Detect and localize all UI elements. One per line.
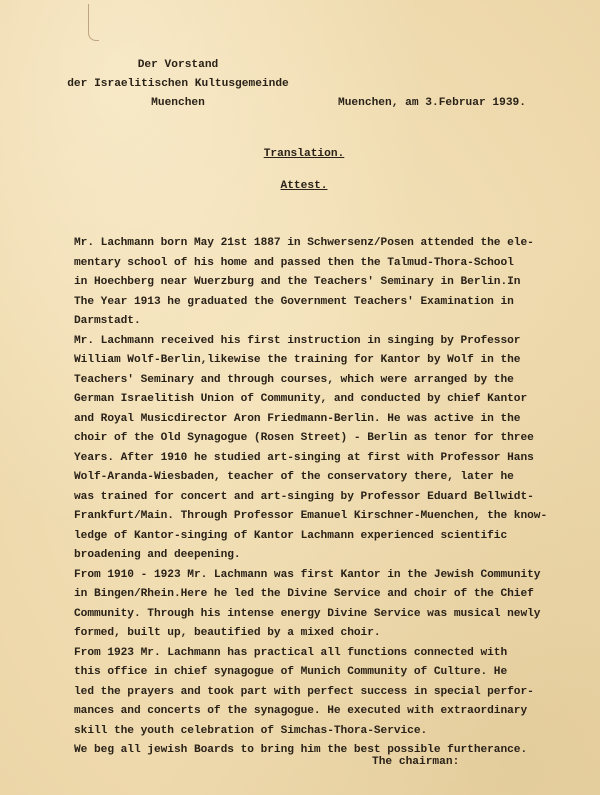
body-line: Frankfurt/Main. Through Professor Emanue…	[74, 507, 594, 527]
pencil-mark	[88, 4, 99, 41]
attest-title: Attest.	[4, 180, 600, 192]
body-line: Wolf-Aranda-Wiesbaden, teacher of the co…	[74, 468, 594, 488]
letterhead-line: Der Vorstand	[48, 56, 308, 75]
body-line: was trained for concert and art-singing …	[74, 488, 594, 508]
document-page: Der Vorstand der Israelitischen Kultusge…	[0, 0, 600, 795]
body-line: Darmstadt.	[74, 312, 594, 332]
body-line: We beg all jewish Boards to bring him th…	[74, 741, 594, 761]
body-line: William Wolf-Berlin,likewise the trainin…	[74, 351, 594, 371]
body-line: in Hoechberg near Wuerzburg and the Teac…	[74, 273, 594, 293]
body-line: this office in chief synagogue of Munich…	[74, 663, 594, 683]
translation-heading: Translation.	[4, 148, 600, 160]
body-line: formed, built up, beautified by a mixed …	[74, 624, 594, 644]
body-line: led the prayers and took part with perfe…	[74, 683, 594, 703]
letterhead: Der Vorstand der Israelitischen Kultusge…	[48, 56, 308, 113]
body-line: German Israelitish Union of Community, a…	[74, 390, 594, 410]
body-line: The Year 1913 he graduated the Governmen…	[74, 293, 594, 313]
body-text: Mr. Lachmann born May 21st 1887 in Schwe…	[74, 234, 594, 761]
body-line: From 1910 - 1923 Mr. Lachmann was first …	[74, 566, 594, 586]
dateline: Muenchen, am 3.Februar 1939.	[338, 94, 526, 113]
body-line: choir of the Old Synagogue (Rosen Street…	[74, 429, 594, 449]
body-line: mances and concerts of the synagogue. He…	[74, 702, 594, 722]
signature-line: The chairman:	[372, 756, 459, 768]
body-line: mentary school of his home and passed th…	[74, 254, 594, 274]
body-line: From 1923 Mr. Lachmann has practical all…	[74, 644, 594, 664]
body-line: Teachers' Seminary and through courses, …	[74, 371, 594, 391]
body-line: skill the youth celebration of Simchas-T…	[74, 722, 594, 742]
body-line: in Bingen/Rhein.Here he led the Divine S…	[74, 585, 594, 605]
letterhead-line: der Israelitischen Kultusgemeinde	[48, 75, 308, 94]
body-line: Community. Through his intense energy Di…	[74, 605, 594, 625]
body-line: and Royal Musicdirector Aron Friedmann-B…	[74, 410, 594, 430]
body-line: broadening and deepening.	[74, 546, 594, 566]
body-line: Mr. Lachmann received his first instruct…	[74, 332, 594, 352]
body-line: Mr. Lachmann born May 21st 1887 in Schwe…	[74, 234, 594, 254]
body-line: ledge of Kantor-singing of Kantor Lachma…	[74, 527, 594, 547]
body-line: Years. After 1910 he studied art-singing…	[74, 449, 594, 469]
letterhead-line: Muenchen	[48, 94, 308, 113]
